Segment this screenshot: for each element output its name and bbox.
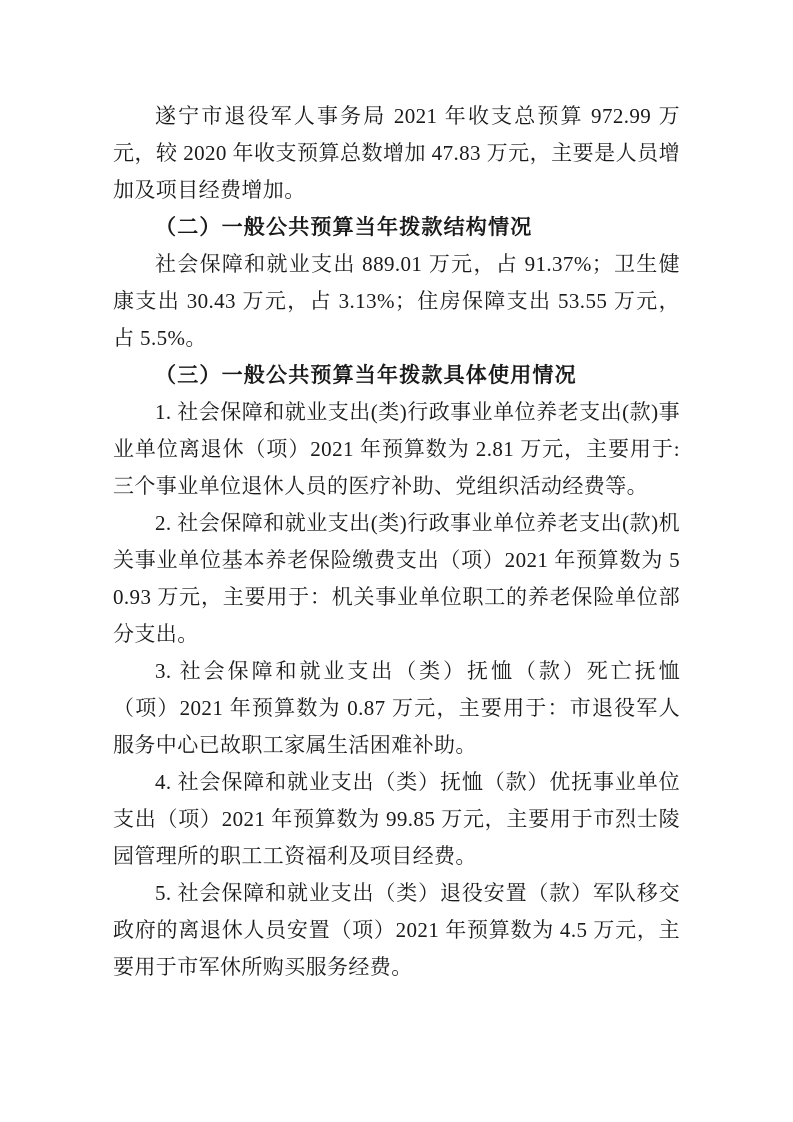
section-heading-2: （二）一般公共预算当年拨款结构情况 (113, 209, 680, 246)
list-item-5: 5. 社会保障和就业支出（类）退役安置（款）军队移交政府的离退休人员安置（项）2… (113, 875, 680, 986)
paragraph-budget-total: 遂宁市退役军人事务局 2021 年收支总预算 972.99 万元，较 2020 … (113, 98, 680, 209)
list-item-2: 2. 社会保障和就业支出(类)行政事业单位养老支出(款)机关事业单位基本养老保险… (113, 505, 680, 653)
section-heading-3: （三）一般公共预算当年拨款具体使用情况 (113, 357, 680, 394)
list-item-3: 3. 社会保障和就业支出（类）抚恤（款）死亡抚恤（项）2021 年预算数为 0.… (113, 653, 680, 764)
list-item-4: 4. 社会保障和就业支出（类）抚恤（款）优抚事业单位支出（项）2021 年预算数… (113, 764, 680, 875)
list-item-1: 1. 社会保障和就业支出(类)行政事业单位养老支出(款)事业单位离退休（项）20… (113, 394, 680, 505)
document-body: 遂宁市退役军人事务局 2021 年收支总预算 972.99 万元，较 2020 … (113, 98, 680, 986)
paragraph-structure: 社会保障和就业支出 889.01 万元，占 91.37%；卫生健康支出 30.4… (113, 246, 680, 357)
document-page: 遂宁市退役军人事务局 2021 年收支总预算 972.99 万元，较 2020 … (0, 0, 793, 1122)
